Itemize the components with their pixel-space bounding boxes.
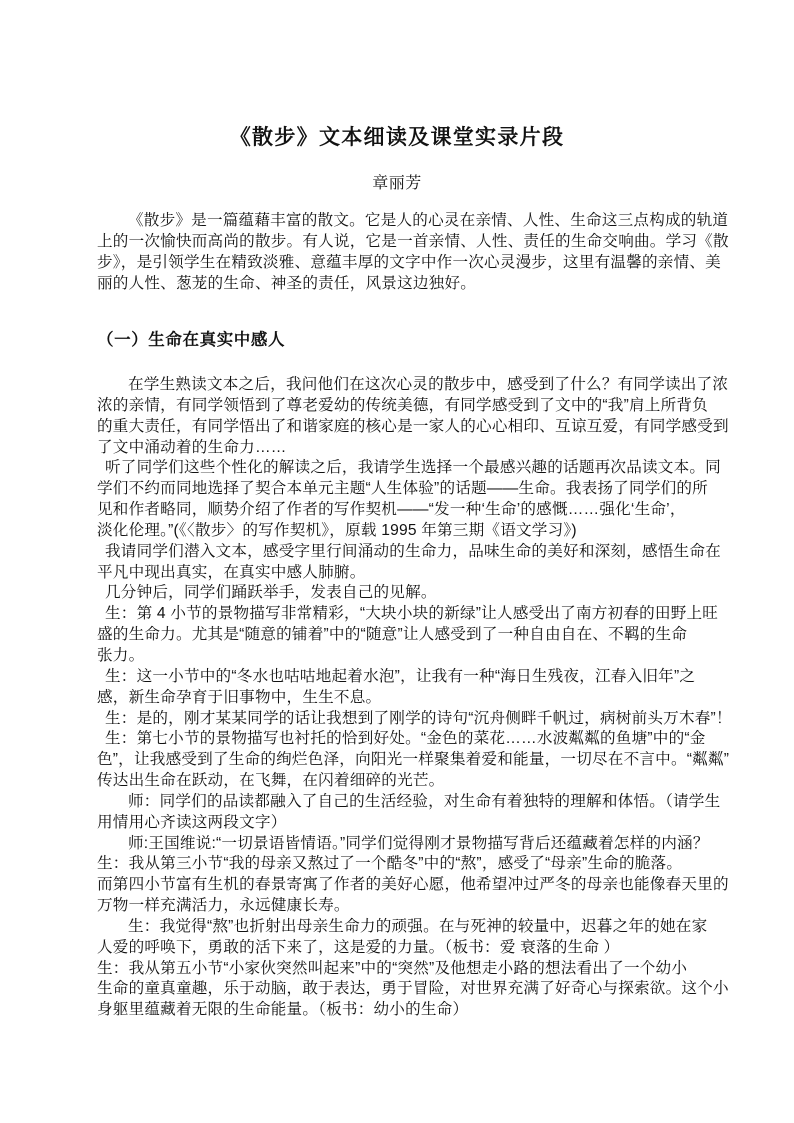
text-line: 生：这一小节中的“冬水也咕咕地起着水泡”，让我有一种“海日生残夜，江春入旧年”之 (97, 667, 701, 688)
text-line: 我请同学们潜入文本，感受字里行间涌动的生命力，品味生命的美好和深刻，感悟生命在 (97, 542, 701, 563)
text-line: 了文中涌动着的生命力…… (97, 438, 701, 459)
text-line: 浓的亲情，有同学领悟到了尊老爱幼的传统美德，有同学感受到了文中的“我”肩上所背负 (97, 396, 701, 417)
section-heading: （一）生命在真实中感人 (97, 326, 701, 350)
document-page: 《散步》文本细读及课堂实录片段 章丽芳 《散步》是一篇蕴藉丰富的散文。它是人的心… (0, 0, 794, 1123)
text-line: 生：我觉得“熬”也折射出母亲生命力的顽强。在与死神的较量中，迟暮之年的她在家 (97, 917, 701, 938)
text-line: 色”，让我感受到了生命的绚烂色泽，向阳光一样聚集着爱和能量，一切尽在不言中。“粼… (97, 750, 701, 771)
text-line: 步》，是引领学生在精致淡雅、意蕴丰厚的文字中作一次心灵漫步，这里有温馨的亲情、美 (97, 253, 701, 274)
text-line: 生命的童真童趣，乐于动脑，敢于表达，勇于冒险，对世界充满了好奇心与探索欲。这个小 (97, 979, 701, 1000)
text-line: 见和作者略同，顺势介绍了作者的写作契机——“发一种‘生命’的感慨……强化‘生命’… (97, 500, 701, 521)
text-line: 用情用心齐读这两段文字） (97, 813, 701, 834)
text-line: 生：我从第五小节“小家伙突然叫起来”中的“突然”及他想走小路的想法看出了一个幼小 (97, 959, 701, 980)
text-line: 生：是的，刚才某某同学的话让我想到了刚学的诗句“沉舟侧畔千帆过，病树前头万木春”… (97, 709, 701, 730)
text-line: 听了同学们这些个性化的解读之后，我请学生选择一个最感兴趣的话题再次品读文本。同 (97, 458, 701, 479)
text-line: 万物一样充满活力，永远健康长寿。 (97, 896, 701, 917)
body-text: 在学生熟读文本之后，我问他们在这次心灵的散步中，感受到了什么？有同学读出了浓浓的… (97, 375, 701, 1021)
text-line: 几分钟后，同学们踊跃举手，发表自己的见解。 (97, 583, 701, 604)
text-line: 人爱的呼唤下，勇敢的活下来了，这是爱的力量。（板书：爱 衰落的生命 ） (97, 938, 701, 959)
page-title: 《散步》文本细读及课堂实录片段 (0, 121, 794, 151)
text-line: 盛的生命力。尤其是“随意的铺着”中的“随意”让人感受到了一种自由自在、不羁的生命 (97, 625, 701, 646)
text-line: 平凡中现出真实，在真实中感人肺腑。 (97, 563, 701, 584)
text-line: 在学生熟读文本之后，我问他们在这次心灵的散步中，感受到了什么？有同学读出了浓 (97, 375, 701, 396)
text-line: 而第四小节富有生机的春景寄寓了作者的美好心愿，他希望冲过严冬的母亲也能像春天里的 (97, 875, 701, 896)
text-line: 生：第 4 小节的景物描写非常精彩，“大块小块的新绿”让人感受出了南方初春的田野… (97, 604, 701, 625)
text-line: 张力。 (97, 646, 701, 667)
text-line: 生：我从第三小节“我的母亲又熬过了一个酷冬”中的“熬”，感受了“母亲”生命的脆落… (97, 854, 701, 875)
author-name: 章丽芳 (0, 170, 794, 193)
text-line: 身躯里蕴藏着无限的生命能量。（板书：幼小的生命） (97, 1000, 701, 1021)
text-line: 师：同学们的品读都融入了自己的生活经验，对生命有着独特的理解和体悟。（请学生 (97, 792, 701, 813)
text-line: 传达出生命在跃动，在飞舞，在闪着细碎的光芒。 (97, 771, 701, 792)
intro-paragraph: 《散步》是一篇蕴藉丰富的散文。它是人的心灵在亲情、人性、生命这三点构成的轨道上的… (97, 211, 701, 294)
text-line: 生：第七小节的景物描写也衬托的恰到好处。“金色的菜花……水波粼粼的鱼塘”中的“金 (97, 729, 701, 750)
text-line: 淡化伦理。”(《〈散步〉的写作契机》，原载 1995 年第三期《语文学习》) (97, 521, 701, 542)
text-line: 学们不约而同地选择了契合本单元主题“人生体验”的话题——生命。我表扬了同学们的所 (97, 479, 701, 500)
text-line: 的重大责任，有同学悟出了和谐家庭的核心是一家人的心心相印、互谅互爱，有同学感受到 (97, 417, 701, 438)
text-line: 师:王国维说:“一切景语皆情语。”同学们觉得刚才景物描写背后还蕴藏着怎样的内涵？ (97, 834, 701, 855)
text-line: 丽的人性、葱茏的生命、神圣的责任，风景这边独好。 (97, 274, 701, 295)
text-line: 感，新生命孕育于旧事物中，生生不息。 (97, 688, 701, 709)
text-line: 上的一次愉快而高尚的散步。有人说，它是一首亲情、人性、责任的生命交响曲。学习《散 (97, 232, 701, 253)
text-line: 《散步》是一篇蕴藉丰富的散文。它是人的心灵在亲情、人性、生命这三点构成的轨道 (97, 211, 701, 232)
